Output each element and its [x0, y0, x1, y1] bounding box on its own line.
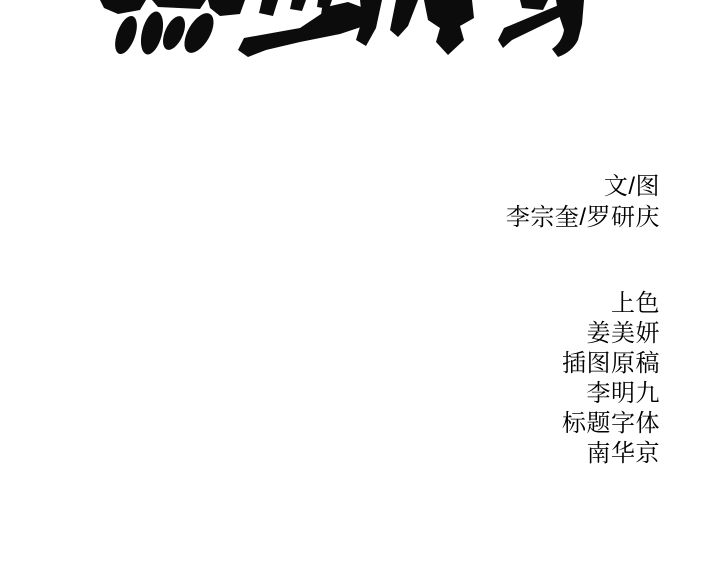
credit-role-illustration-draft: 插图原稿	[562, 349, 660, 379]
credit-name-title-lettering: 南华京	[562, 439, 660, 469]
credits-page: 热血格斗	[0, 0, 720, 576]
credit-role-title-lettering: 标题字体	[562, 409, 660, 439]
credit-name-coloring: 姜美妍	[562, 319, 660, 349]
credit-role-writer-art: 文/图	[506, 171, 660, 202]
title-brush-strokes-art	[0, 0, 720, 90]
credits-writer-art-block: 文/图 李宗奎/罗研庆	[506, 171, 660, 233]
credit-name-illustration-draft: 李明九	[562, 379, 660, 409]
title-calligraphy: 热血格斗	[0, 0, 720, 90]
credit-role-coloring: 上色	[562, 289, 660, 319]
credits-staff-block: 上色 姜美妍 插图原稿 李明九 标题字体 南华京	[562, 289, 660, 469]
credit-name-writer-art: 李宗奎/罗研庆	[506, 202, 660, 233]
